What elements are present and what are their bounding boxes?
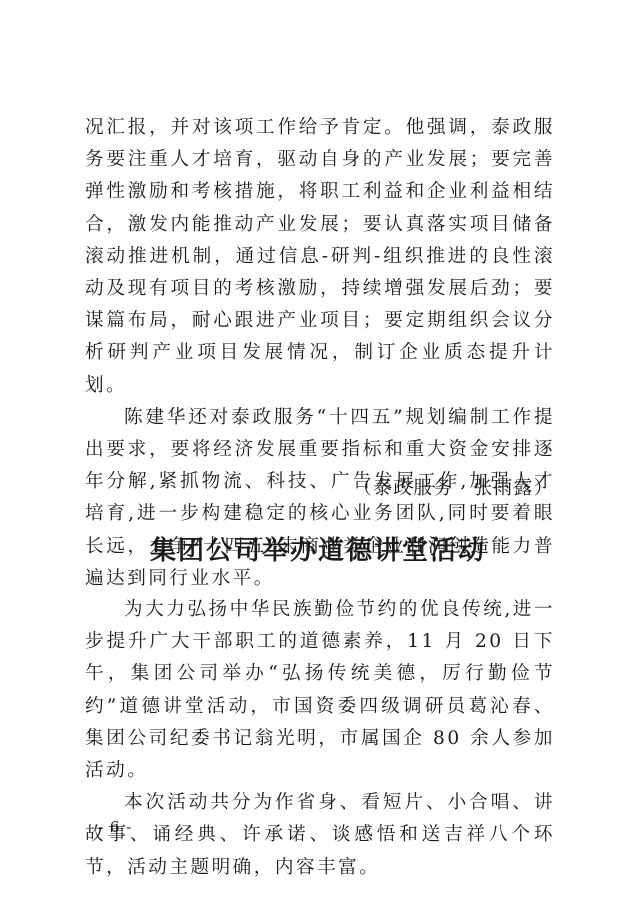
paragraph-1: 况汇报，并对该项工作给予肯定。他强调，泰政服务要注重人才培育，驱动自身的产业发展… — [85, 112, 555, 402]
page-number: - 6 - — [98, 818, 132, 836]
article-title: 集团公司举办道德讲堂活动 — [0, 530, 636, 567]
author-byline: （泰政服务 张雨露） — [353, 474, 554, 500]
article-body: 为大力弘扬中华民族勤俭节约的优良传统,进一步提升广大干部职工的道德素养，11 月… — [85, 594, 555, 884]
document-page: 况汇报，并对该项工作给予肯定。他强调，泰政服务要注重人才培育，驱动自身的产业发展… — [0, 0, 636, 900]
paragraph-4: 本次活动共分为作省身、看短片、小合唱、讲故事、诵经典、许承诺、谈感悟和送吉祥八个… — [85, 787, 555, 884]
paragraph-3: 为大力弘扬中华民族勤俭节约的优良传统,进一步提升广大干部职工的道德素养，11 月… — [85, 594, 555, 787]
article-continuation: 况汇报，并对该项工作给予肯定。他强调，泰政服务要注重人才培育，驱动自身的产业发展… — [85, 112, 555, 595]
